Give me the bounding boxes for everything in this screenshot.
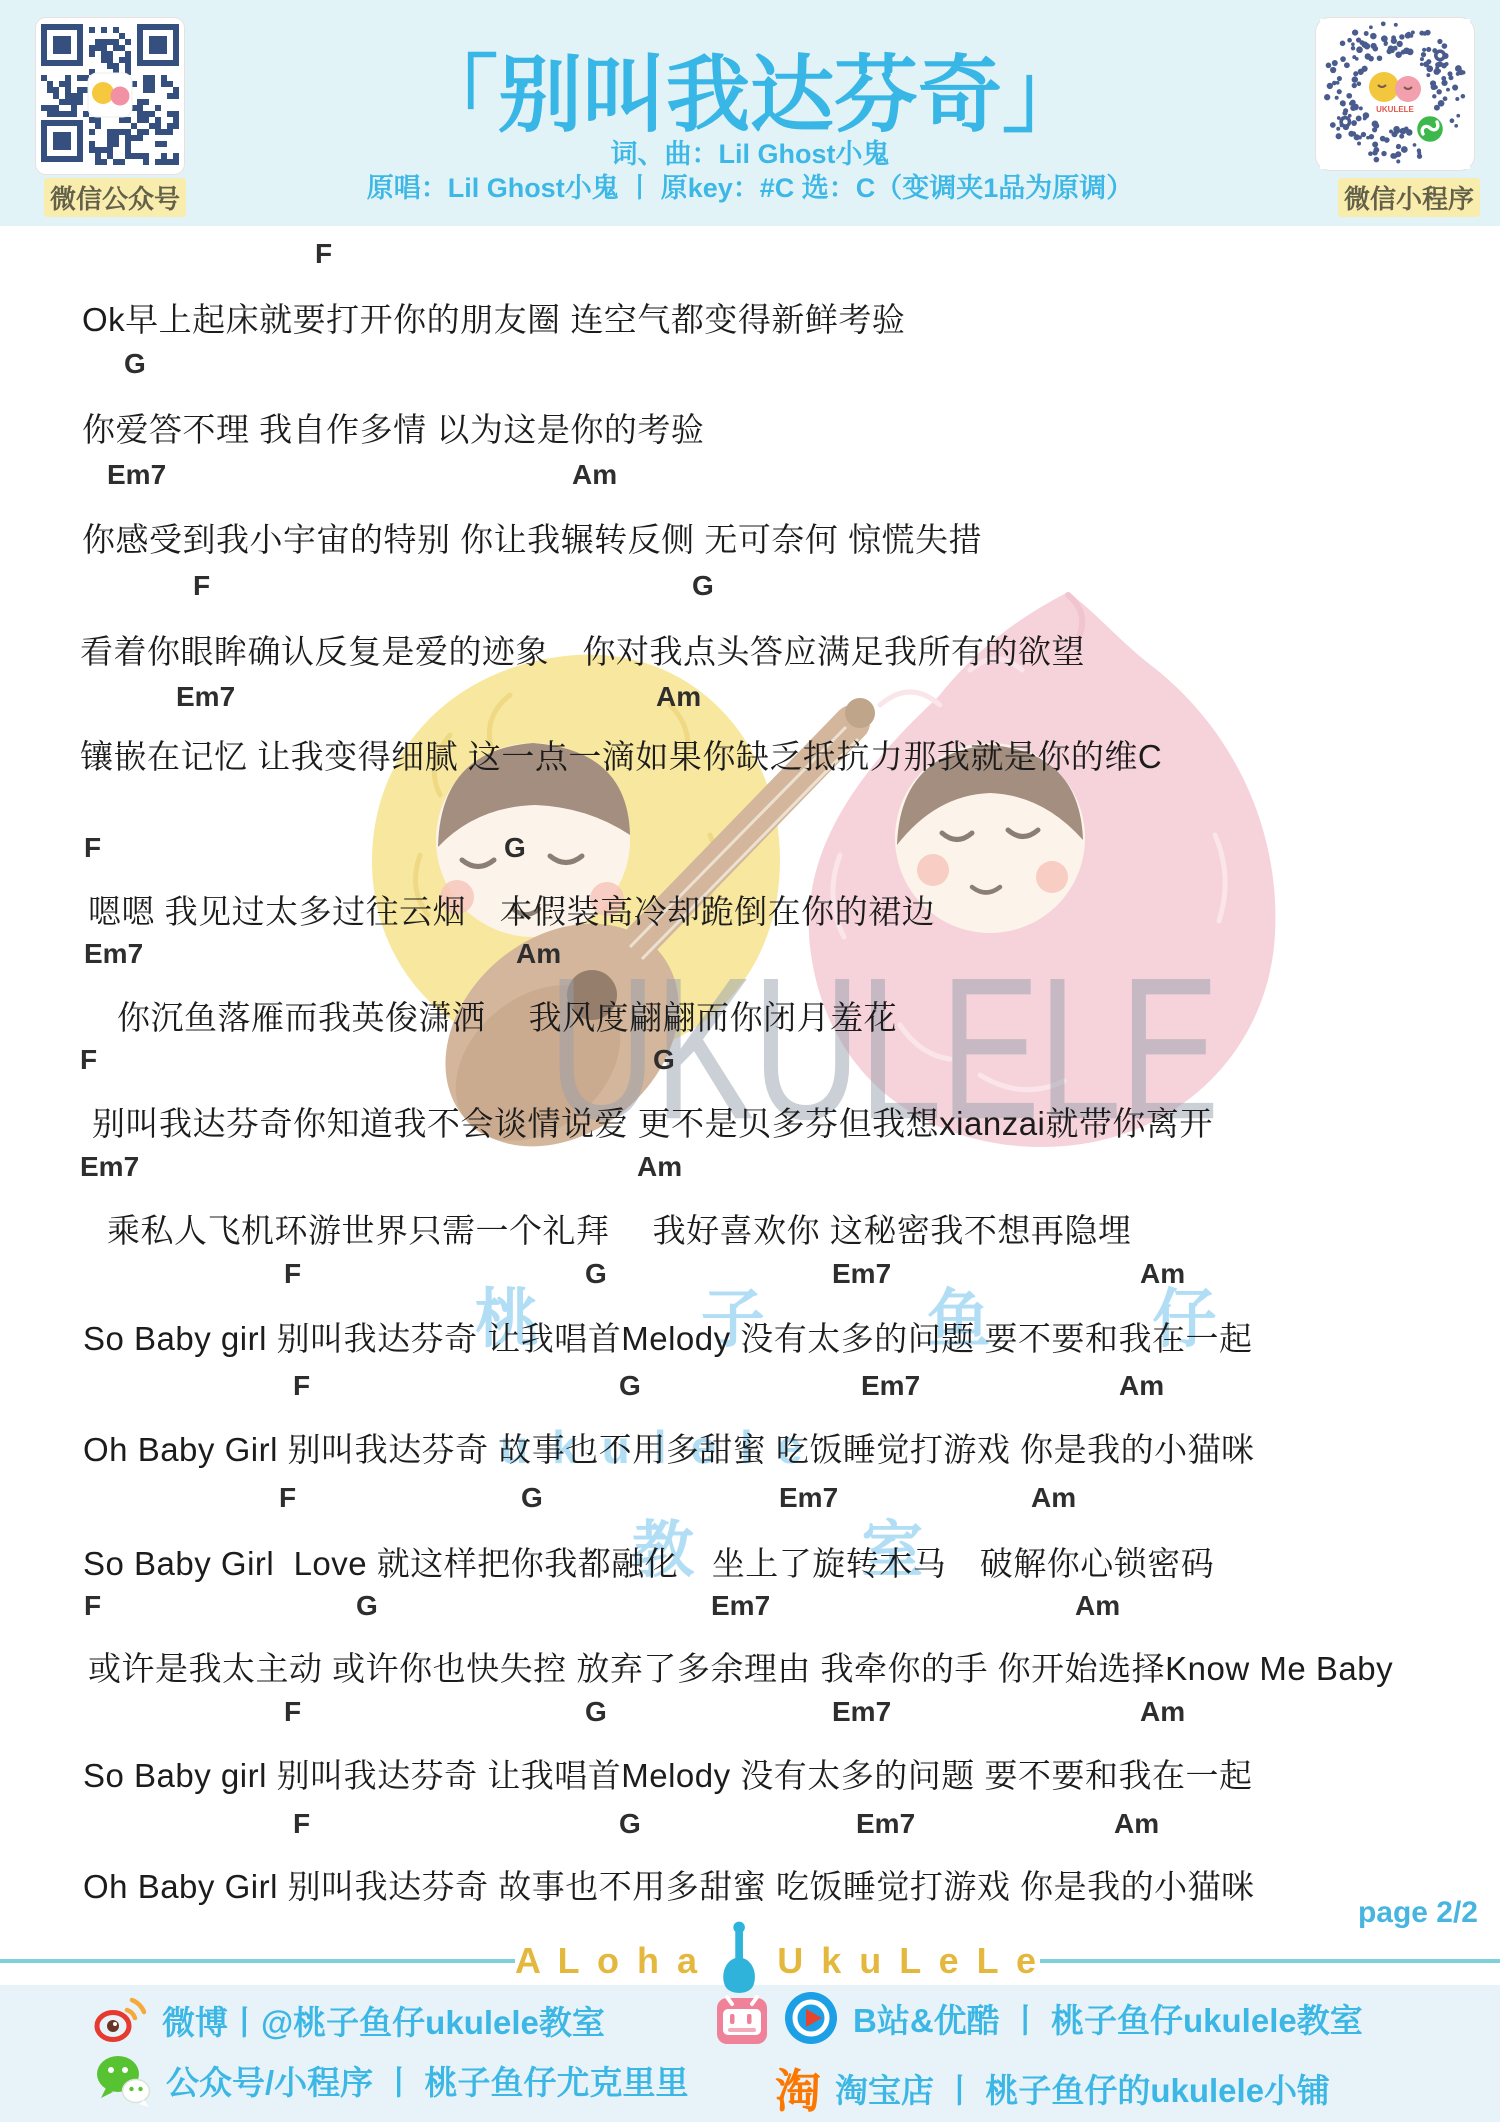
chord-label: G <box>619 1808 641 1840</box>
chord-label: G <box>124 348 146 380</box>
chord-label: G <box>692 570 714 602</box>
chord-label: Em7 <box>779 1482 838 1514</box>
divider-line-left <box>0 1959 515 1963</box>
chord-label: Am <box>1075 1590 1120 1622</box>
chord-label: Em7 <box>861 1370 920 1402</box>
lyric-line: Oh Baby Girl 别叫我达芬奇 故事也不用多甜蜜 吃饭睡觉打游戏 你是我… <box>83 1861 1255 1908</box>
chord-label: F <box>315 238 332 270</box>
chord-label: Am <box>1140 1696 1185 1728</box>
chord-label: Em7 <box>856 1808 915 1840</box>
chord-label: Am <box>1031 1482 1076 1514</box>
page-number: page 2/2 <box>1358 1896 1478 1930</box>
chord-label: Em7 <box>176 681 235 713</box>
chord-label: F <box>84 1590 101 1622</box>
footer-item-text: 淘宝店 丨 桃子鱼仔的ukulele小铺 <box>835 2065 1330 2112</box>
lyric-line: 你沉鱼落雁而我英俊潇洒 我风度翩翩而你闭月羞花 <box>117 992 897 1039</box>
chord-label: Am <box>656 681 701 713</box>
lyric-line: So Baby Girl Love 就这样把你我都融化 坐上了旋转木马 破解你心… <box>83 1538 1214 1585</box>
chord-label: G <box>585 1696 607 1728</box>
chord-label: Am <box>572 459 617 491</box>
divider-line-right <box>1040 1959 1500 1963</box>
lyric-line: 嗯嗯 我见过太多过往云烟 本假装高冷却跪倒在你的裙边 <box>88 886 935 933</box>
chord-label: F <box>293 1370 310 1402</box>
chord-label: Em7 <box>84 938 143 970</box>
chord-label: Am <box>1114 1808 1159 1840</box>
chord-label: G <box>356 1590 378 1622</box>
chord-label: G <box>521 1482 543 1514</box>
chord-label: F <box>279 1482 296 1514</box>
lyric-line: Oh Baby Girl 别叫我达芬奇 故事也不用多甜蜜 吃饭睡觉打游戏 你是我… <box>83 1424 1255 1471</box>
chord-label: F <box>284 1696 301 1728</box>
lyric-line: 镶嵌在记忆 让我变得细腻 这一点一滴如果你缺乏抵抗力那我就是你的维C <box>80 731 1162 778</box>
chord-lyric-sheet: FOk早上起床就要打开你的朋友圈 连空气都变得新鲜考验G你爱答不理 我自作多情 … <box>0 0 1500 2122</box>
chord-label: Am <box>516 938 561 970</box>
chord-label: F <box>284 1258 301 1290</box>
chord-label: G <box>504 832 526 864</box>
chord-label: G <box>585 1258 607 1290</box>
chord-label: F <box>80 1044 97 1076</box>
lyric-line: 看着你眼眸确认反复是爱的迹象 你对我点头答应满足我所有的欲望 <box>80 626 1085 673</box>
lyric-line: 你爱答不理 我自作多情 以为这是你的考验 <box>82 404 704 451</box>
chord-label: Am <box>1140 1258 1185 1290</box>
chord-label: Am <box>637 1151 682 1183</box>
lyric-line: 乘私人飞机环游世界只需一个礼拜 我好喜欢你 这秘密我不想再隐埋 <box>107 1205 1131 1252</box>
chord-label: G <box>619 1370 641 1402</box>
chord-label: Em7 <box>711 1590 770 1622</box>
aloha-ukulele-divider: A L o h a U k u L e L e <box>515 1918 1040 2004</box>
lyric-line: So Baby girl 别叫我达芬奇 让我唱首Melody 没有太多的问题 要… <box>83 1313 1252 1360</box>
lyric-line: 别叫我达芬奇你知道我不会谈情说爱 更不是贝多芬但我想xianzai就带你离开 <box>92 1098 1213 1145</box>
chord-label: F <box>193 570 210 602</box>
chord-label: F <box>293 1808 310 1840</box>
chord-label: Em7 <box>832 1696 891 1728</box>
chord-label: Em7 <box>80 1151 139 1183</box>
footer-item-taobao: 淘 淘宝店 丨 桃子鱼仔的ukulele小铺 <box>775 2055 1330 2121</box>
footer-item-text: 公众号/小程序 丨 桃子鱼仔尤克里里 <box>166 2057 689 2104</box>
footer-item-wechat: 公众号/小程序 丨 桃子鱼仔尤克里里 <box>94 2053 689 2107</box>
chord-label: Am <box>1119 1370 1164 1402</box>
chord-label: G <box>653 1044 675 1076</box>
wechat-icon <box>94 2053 152 2107</box>
footer: 微博丨@桃子鱼仔ukulele教室 B站&优酷 丨 桃子鱼仔ukulele教室 <box>0 1985 1500 2122</box>
ukulele-text: U k u L e L e <box>777 1940 1040 1982</box>
chord-label: Em7 <box>107 459 166 491</box>
chord-label: F <box>84 832 101 864</box>
lyric-line: Ok早上起床就要打开你的朋友圈 连空气都变得新鲜考验 <box>82 294 905 341</box>
lyric-line: 或许是我太主动 或许你也快失控 放弃了多余理由 我牵你的手 你开始选择Know … <box>88 1643 1393 1690</box>
chord-sheet-page: 微信公众号 「别叫我达芬奇」 词、曲：Lil Ghost小鬼 原唱：Lil Gh… <box>0 0 1500 2122</box>
ukulele-icon <box>717 1919 761 2003</box>
lyric-line: So Baby girl 别叫我达芬奇 让我唱首Melody 没有太多的问题 要… <box>83 1750 1252 1797</box>
aloha-text: A L o h a <box>515 1940 701 1982</box>
weibo-icon <box>92 1995 148 2045</box>
chord-label: Em7 <box>832 1258 891 1290</box>
lyric-line: 你感受到我小宇宙的特别 你让我辗转反侧 无可奈何 惊慌失措 <box>82 514 982 561</box>
taobao-icon: 淘 <box>775 2055 821 2121</box>
